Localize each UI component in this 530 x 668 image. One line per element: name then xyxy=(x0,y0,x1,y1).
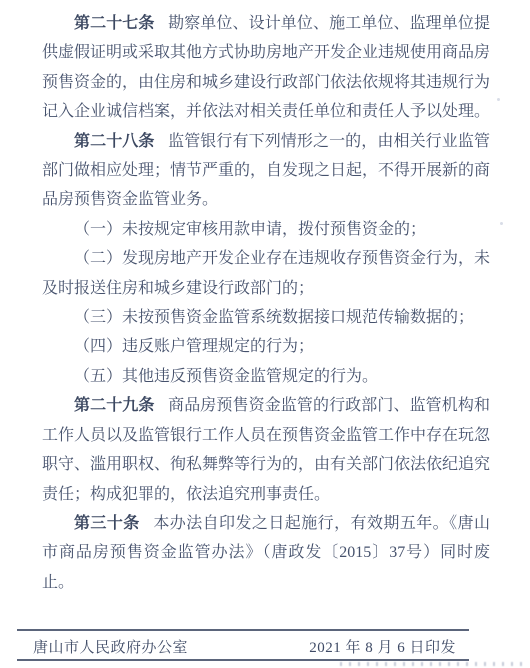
footer-rule-bottom xyxy=(17,659,469,661)
violation-item-5: （五）其他违反预售资金监管规定的行为。 xyxy=(42,362,490,391)
violation-item-3: （三）未按预售资金监管系统数据接口规范传输数据的； xyxy=(42,303,490,332)
article-30-paragraph: 第三十条本办法自印发之日起施行，有效期五年。《唐山市商品房预售资金监管办法》（唐… xyxy=(42,509,490,597)
article-27-paragraph: 第二十七条勘察单位、设计单位、施工单位、监理单位提供虚假证明或采取其他方式协助房… xyxy=(42,9,490,127)
document-body: 第二十七条勘察单位、设计单位、施工单位、监理单位提供虚假证明或采取其他方式协助房… xyxy=(42,9,490,597)
footer-issuer: 唐山市人民政府办公室 xyxy=(33,636,188,657)
footer-row: 唐山市人民政府办公室 2021 年 8 月 6 日印发 xyxy=(33,636,456,657)
scan-bleedthrough-marks xyxy=(340,662,528,666)
footer-rule-top xyxy=(17,629,469,631)
violation-item-4: （四）违反账户管理规定的行为； xyxy=(42,332,490,361)
footer-print-date: 2021 年 8 月 6 日印发 xyxy=(309,636,456,657)
scan-speck xyxy=(500,222,503,225)
violation-item-1: （一）未按规定审核用款申请，拨付预售资金的； xyxy=(42,215,490,244)
scan-speck xyxy=(497,98,500,101)
article-29-paragraph: 第二十九条商品房预售资金监管的行政部门、监管机构和工作人员以及监管银行工作人员在… xyxy=(42,391,490,509)
document-page: 第二十七条勘察单位、设计单位、施工单位、监理单位提供虚假证明或采取其他方式协助房… xyxy=(0,0,530,668)
article-28-number: 第二十八条 xyxy=(74,133,155,150)
article-29-number: 第二十九条 xyxy=(74,397,155,414)
article-28-paragraph: 第二十八条监管银行有下列情形之一的，由相关行业监管部门做相应处理；情节严重的，自… xyxy=(42,127,490,215)
violation-item-2: （二）发现房地产开发企业存在违规收存预售资金行为，未及时报送住房和城乡建设行政部… xyxy=(42,244,490,303)
article-27-number: 第二十七条 xyxy=(74,15,155,32)
article-30-number: 第三十条 xyxy=(74,515,140,532)
